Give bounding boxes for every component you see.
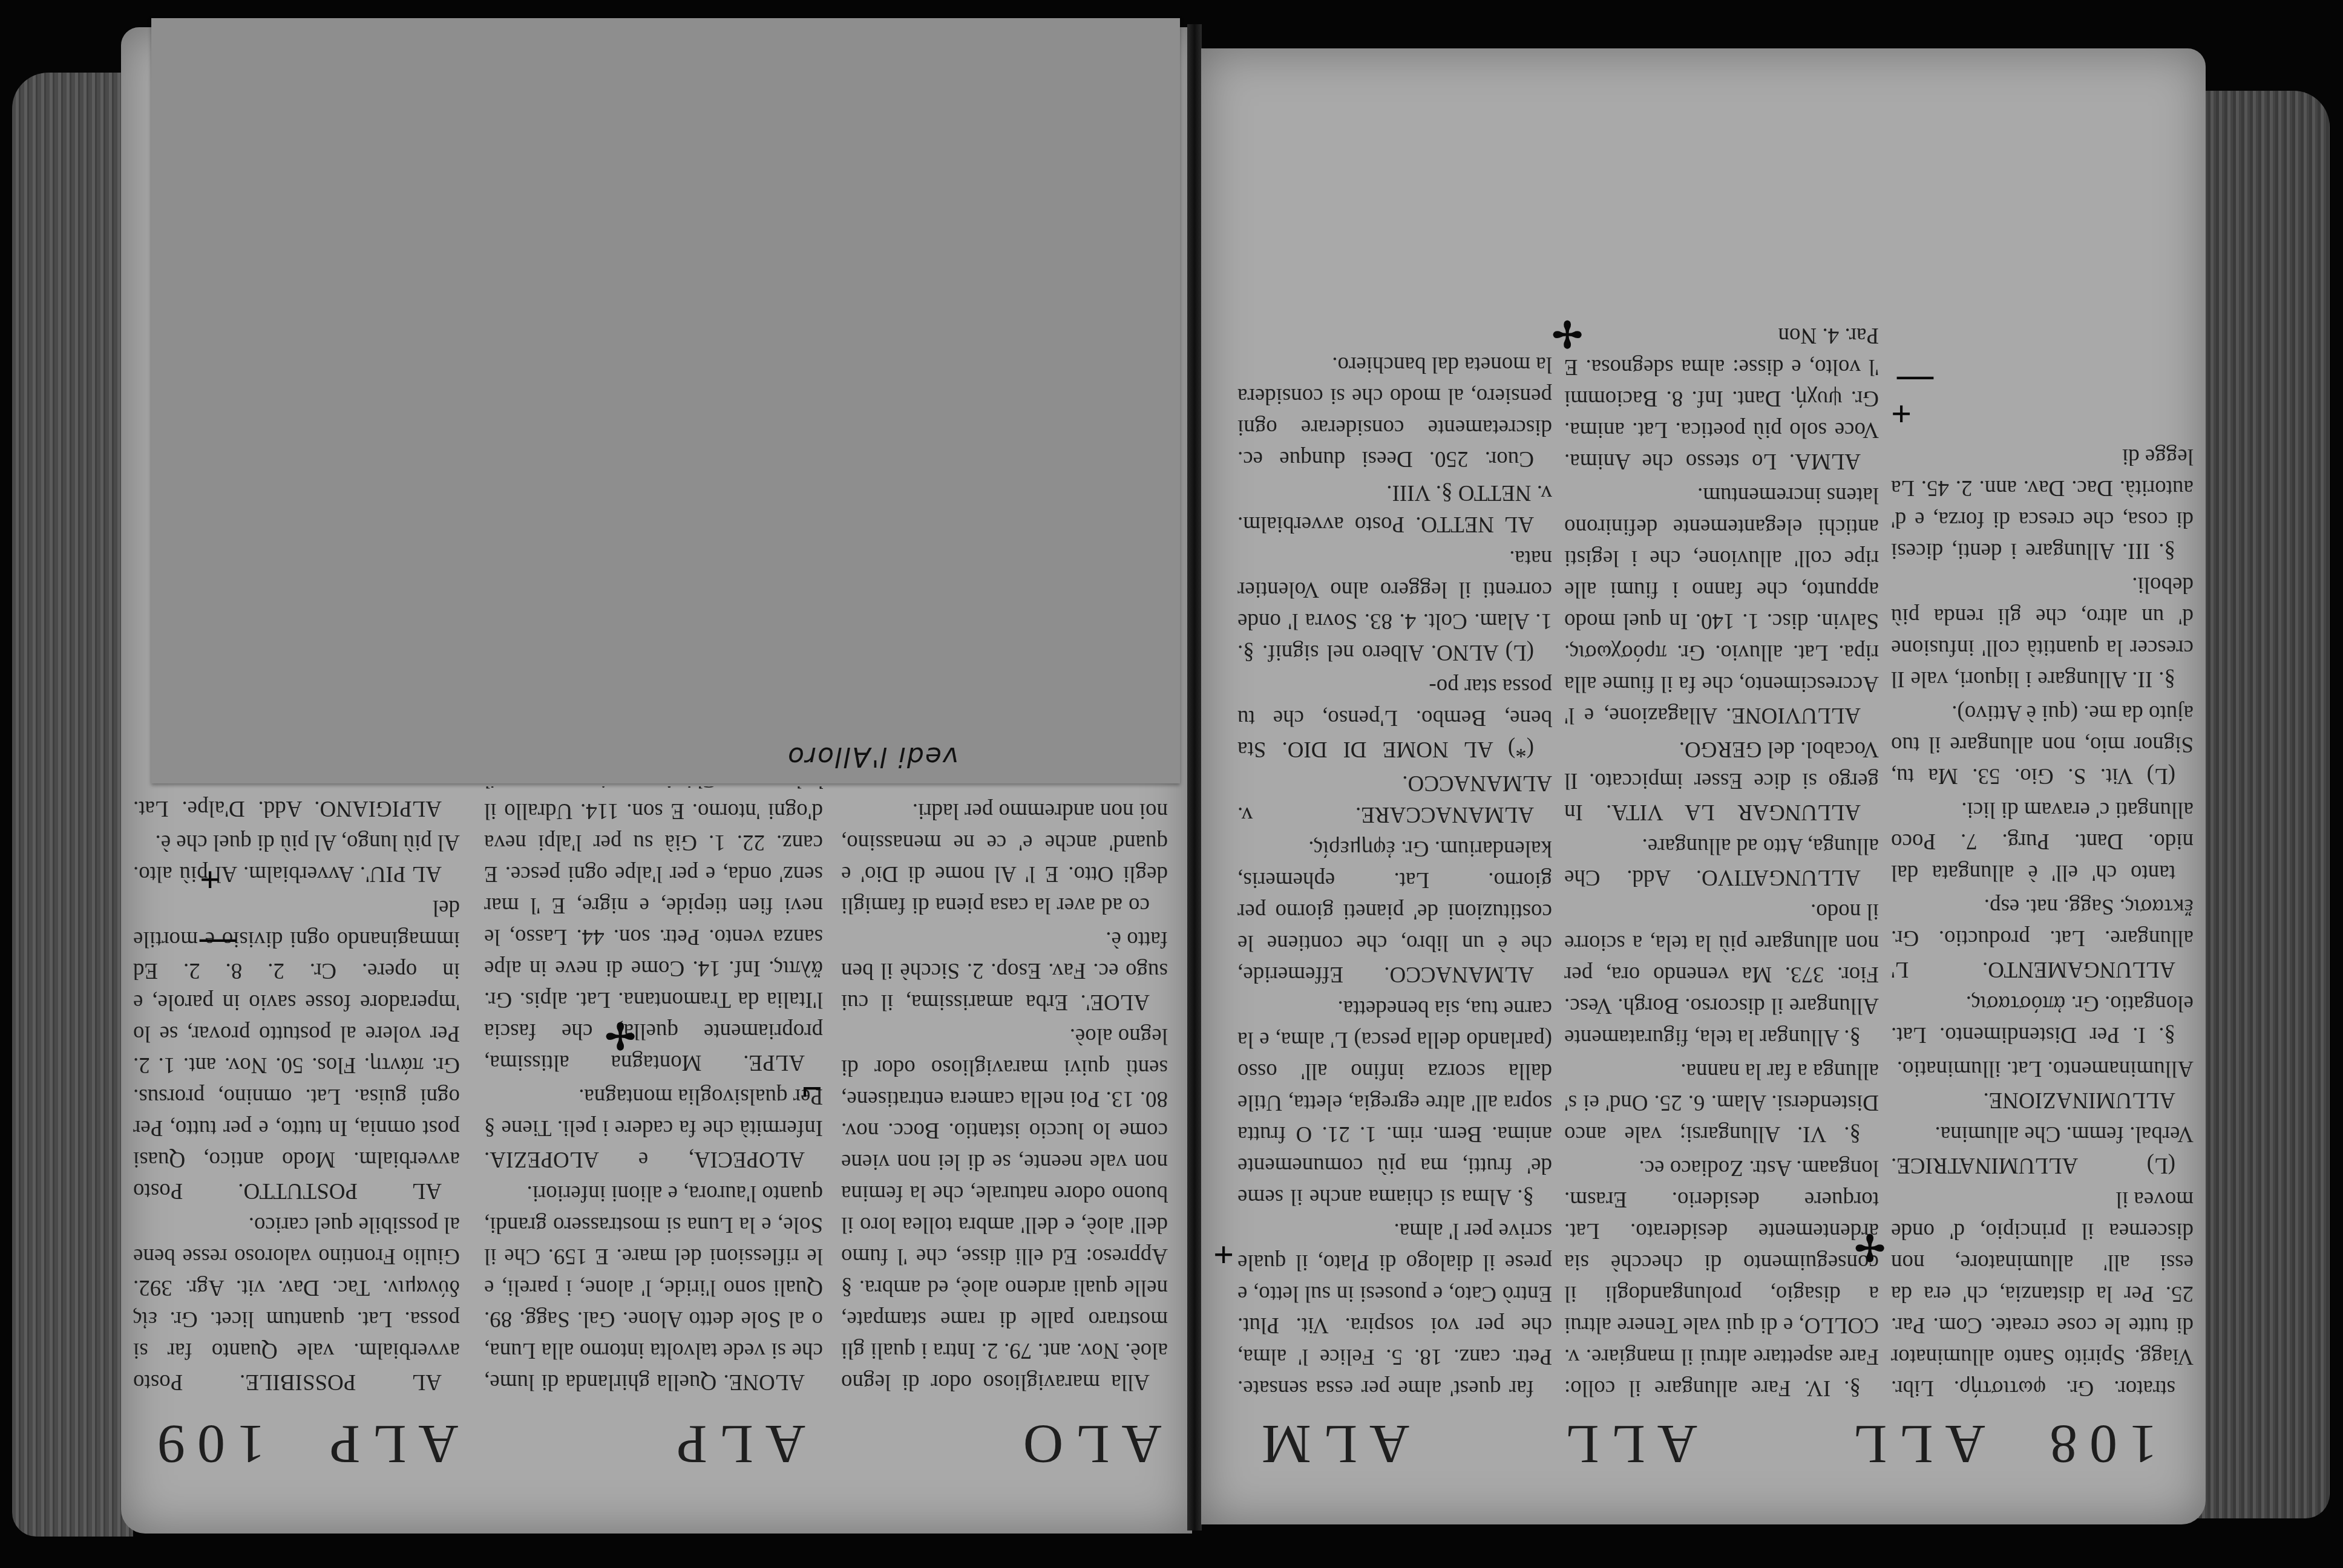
paper-slip-overlay	[151, 18, 1180, 783]
entry: Alla maraviglioso odor di legno aloè. No…	[841, 1020, 1168, 1397]
entry: (L) Vit. S. Gio. 53. Ma tu, Signor mio, …	[1891, 697, 2194, 791]
entry: strator. Gr. φωτιστήρ. Libr. Viagg. Spir…	[1891, 1183, 2194, 1403]
entry: §. Allungar la tela, figuratamente Allun…	[1564, 895, 1879, 1053]
entry: §. III. Allungare i denti, dicesi di cos…	[1891, 440, 2194, 566]
page-number: 109	[145, 1414, 265, 1475]
entry: ALMANACCARE. v. ALMANACCO.	[1237, 767, 1552, 830]
left-page-column-3: AL POSSIBILE. Posto avverbialm. vale Qua…	[133, 786, 460, 1397]
right-page-column-1: strator. Gr. φωτιστήρ. Libr. Viagg. Spir…	[1891, 302, 2194, 1403]
entry: ALLUVIONE. Allagazione, e l' Accrescimen…	[1564, 479, 1879, 731]
entry: AL NETTO. Posto avverbialm. v. NETTO §. …	[1237, 477, 1552, 540]
running-head-word: ALP	[664, 1413, 805, 1477]
running-head-word: ALP 109	[145, 1413, 459, 1477]
entry: §. I. Per Distendimento. Lat. elongatio.…	[1891, 987, 2194, 1050]
entry: far quest' alme per essa sensate. Petr. …	[1237, 1215, 1552, 1403]
page-number: 108	[2037, 1414, 2157, 1475]
entry: ALMA. Lo stesso che Anima. Voce solo più…	[1564, 319, 1879, 477]
book-spread: ALO ALP ALP 109 AL POSSIBILE. Posto avve…	[0, 0, 2343, 1568]
running-head-word: 108 ALL	[1841, 1413, 2157, 1477]
page-edges-right	[2191, 91, 2330, 1518]
entry: ALOPECIA, e ALOPEZIA. Infermità che fa c…	[484, 1080, 823, 1175]
entry: ALPIGIANO. Add. D'alpe. Lat. alpinus. Gr…	[133, 786, 460, 824]
entry: ALPE. Montagna altissima, propriamente q…	[484, 786, 823, 1078]
left-page-column-1: Alla maraviglioso odor di legno aloè. No…	[841, 786, 1168, 1397]
running-head-left: ALO ALP ALP 109	[145, 1413, 1162, 1477]
entry: §. Alma si chiama anche il seme de' frut…	[1237, 992, 1552, 1212]
running-head-word: ALM	[1250, 1413, 1409, 1477]
right-page-column-3: far quest' alme per essa sensate. Petr. …	[1237, 266, 1552, 1403]
entry: AL PIU'. Avverbialm. Al più alto. Al più…	[133, 826, 460, 889]
margin-cross-mark: +	[200, 859, 220, 901]
entry: ALLUNGAMENTO. L' allungare. Lat. product…	[1891, 890, 2194, 985]
margin-dash-mark: —	[1897, 354, 1933, 396]
entry: AL POSTUTTO. Posto avverbialm. Modo anti…	[133, 892, 460, 1206]
running-head-word: ALL	[1553, 1413, 1697, 1477]
right-page: 108 ALL ALL ALM far quest' alme per essa…	[1201, 48, 2206, 1524]
entry: ALMANACCO. Effemeride, che è un libro, c…	[1237, 832, 1552, 990]
entry: AL POSSIBILE. Posto avverbialm. vale Qua…	[133, 1209, 460, 1397]
book-gutter	[1187, 24, 1202, 1530]
entry: ALLUNGATIVO. Add. Che allunga, Atto ad a…	[1564, 830, 1879, 893]
margin-dash-mark: —	[200, 916, 236, 958]
entry: (L) ALLUMINATRICE. Verbal. femm. Che all…	[1891, 1118, 2194, 1181]
entry: (L) ALNO. Albero nel signif. §. 1. Alam.…	[1237, 542, 1552, 668]
margin-bracket-mark: ⌐	[802, 1068, 822, 1109]
entry: co ad aver la casa piena di famigli degl…	[841, 795, 1168, 921]
entry: tanto ch' ell' è allungata dal nido. Dan…	[1891, 794, 2194, 888]
entry: ALLUMINAZIONE. Alluminamento. Lat. illum…	[1891, 1053, 2194, 1116]
margin-cross-mark: +	[1891, 393, 1912, 435]
entry: ALOE'. Erba amarissima, il cui sugo ec. …	[841, 923, 1168, 1018]
entry: ALONE. Quella ghirlanda di lume, che si …	[484, 1177, 823, 1397]
entry: §. IV. Fare allungare il collo: Fare asp…	[1564, 1152, 1879, 1403]
running-head-right: 108 ALL ALL ALM	[1250, 1413, 2157, 1477]
right-page-column-2: §. IV. Fare allungare il collo: Fare asp…	[1564, 278, 1879, 1403]
page-edges-left	[12, 73, 133, 1537]
entry: Cuor. 250. Deesi dunque ec. discretament…	[1237, 348, 1552, 474]
handwritten-note: vedi l'Alloro	[787, 741, 958, 772]
margin-cross-mark: ✢	[1855, 1228, 1885, 1270]
margin-cross-mark: +	[1213, 1234, 1234, 1276]
margin-cross-mark: ✢	[1552, 315, 1582, 357]
margin-cross-mark: ✢	[605, 1016, 635, 1059]
entry: (*) AL NOME DI DIO. Sta bene, Bembo. L'p…	[1237, 670, 1552, 765]
left-page-column-2: ALONE. Quella ghirlanda di lume, che si …	[484, 786, 823, 1397]
entry: §. VI. Allungarsi; vale anco Distendersi…	[1564, 1055, 1879, 1149]
entry: §. II. Allungare i liquori, vale Il cres…	[1891, 569, 2194, 694]
entry: ALLUNGAR LA VITA. In gergo si dice Esser…	[1564, 733, 1879, 828]
running-head-word: ALO	[1011, 1413, 1162, 1477]
